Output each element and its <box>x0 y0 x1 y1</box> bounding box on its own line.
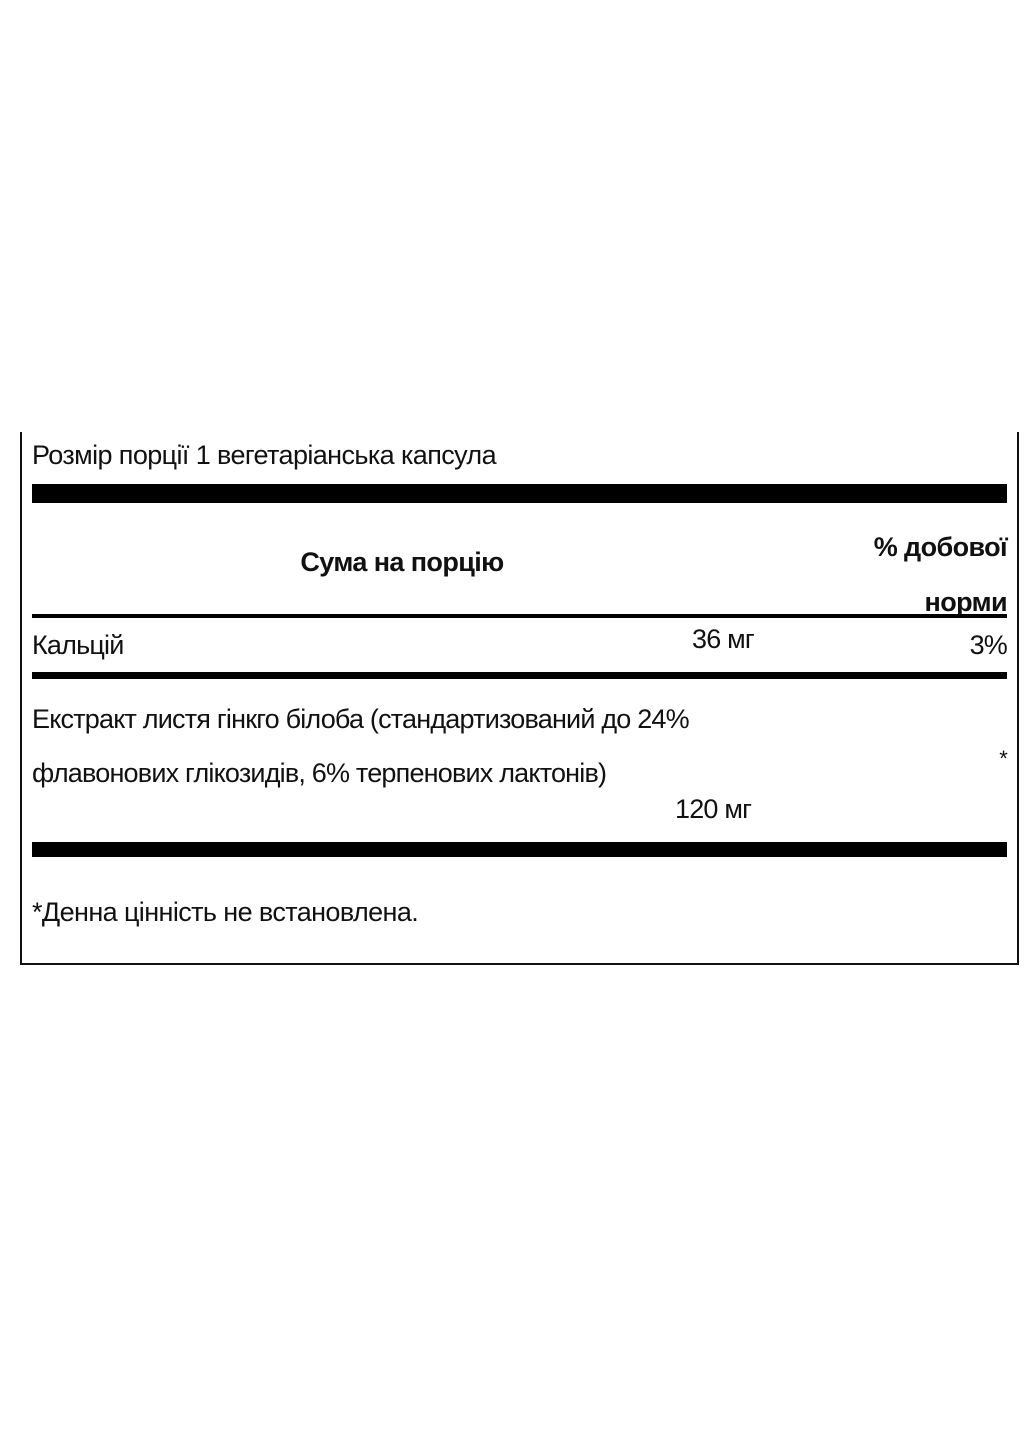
amount-per-serving-header: Сума на порцію <box>32 547 772 578</box>
nutrient-name: Кальцій <box>32 630 124 661</box>
footnote: *Денна цінність не встановлена. <box>32 897 418 928</box>
thick-divider <box>32 842 1007 857</box>
supplement-facts-panel: Розмір порції 1 вегетаріанська капсула С… <box>20 432 1019 965</box>
nutrient-name: Екстракт листя гінкго білоба (стандартиз… <box>32 692 752 800</box>
supplement-facts-content: Розмір порції 1 вегетаріанська капсула С… <box>32 432 1007 963</box>
header-divider <box>32 614 1007 618</box>
daily-value-header-line2: норми <box>874 575 1007 630</box>
nutrient-daily-value: 3% <box>970 630 1007 661</box>
nutrient-amount: 36 мг <box>692 624 754 655</box>
nutrient-daily-value: * <box>999 746 1007 772</box>
row-divider <box>32 672 1007 679</box>
nutrient-amount: 120 мг <box>675 794 751 825</box>
daily-value-header-line1: % добової <box>874 520 1007 575</box>
thick-divider <box>32 484 1007 503</box>
serving-size: Розмір порції 1 вегетаріанська капсула <box>32 440 496 471</box>
